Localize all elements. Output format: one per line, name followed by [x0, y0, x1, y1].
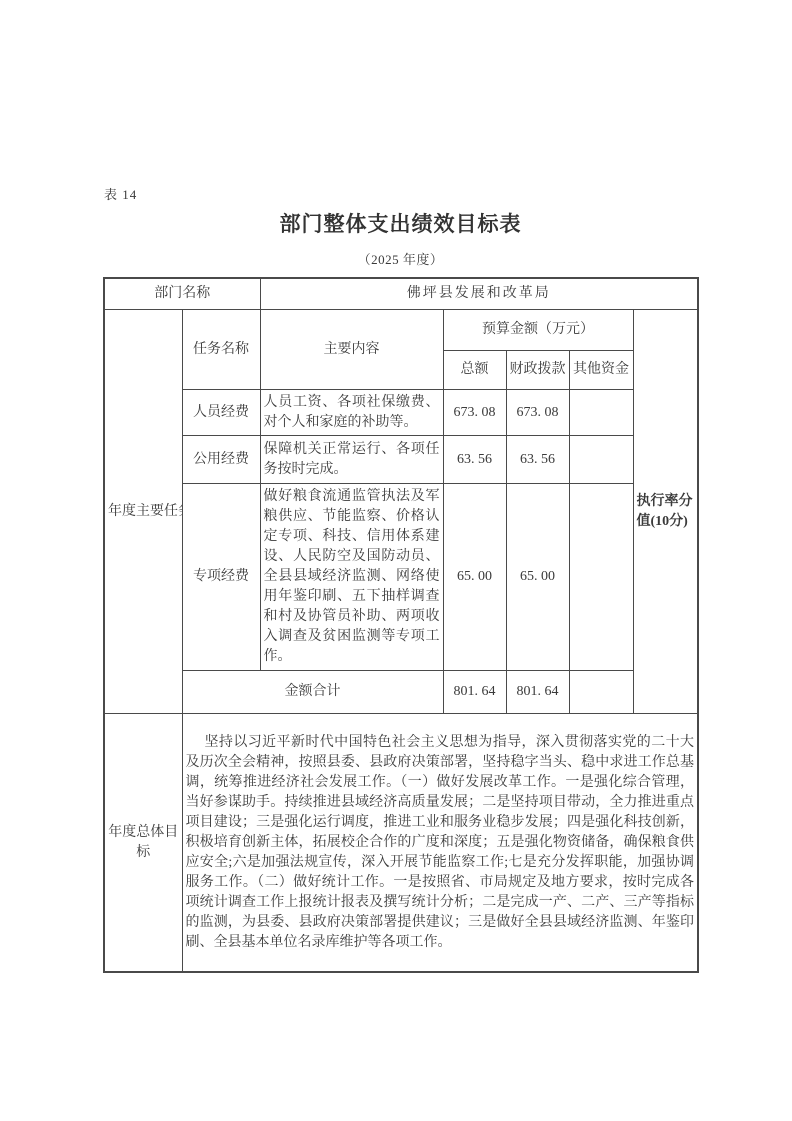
fiscal-allocation-cell: 63. 56	[506, 436, 569, 484]
sum-other-cell	[569, 671, 633, 714]
fiscal-allocation-header: 财政拨款	[506, 351, 569, 390]
main-content-cell: 保障机关正常运行、各项任务按时完成。	[260, 436, 443, 484]
page-subtitle: （2025 年度）	[104, 249, 697, 268]
annual-main-tasks-label: 年度主要任务	[104, 310, 182, 714]
dept-name-row: 部门名称 佛坪县发展和改革局	[104, 278, 698, 310]
task-name-cell: 人员经费	[182, 390, 260, 436]
main-content-header: 主要内容	[260, 310, 443, 390]
annual-goal-row: 年度总体目标 坚持以习近平新时代中国特色社会主义思想为指导，深入贯彻落实党的二十…	[104, 714, 698, 973]
total-amount-cell: 673. 08	[443, 390, 506, 436]
table-row-special-expense: 专项经费 做好粮食流通监管执法及军粮供应、节能监察、价格认定专项、科技、信用体系…	[104, 484, 698, 671]
annual-overall-goal-label: 年度总体目标	[104, 714, 182, 973]
other-funds-header: 其他资金	[569, 351, 633, 390]
annual-overall-goal-text: 坚持以习近平新时代中国特色社会主义思想为指导，深入贯彻落实党的二十大及历次全会精…	[182, 714, 698, 973]
other-funds-cell	[569, 484, 633, 671]
table-row-personnel-expense: 人员经费 人员工资、各项社保缴费、对个人和家庭的补助等。 673. 08 673…	[104, 390, 698, 436]
document-page: 表 14 部门整体支出绩效目标表 （2025 年度） 部门名称 佛坪县发展和改革…	[0, 0, 792, 1121]
total-amount-cell: 65. 00	[443, 484, 506, 671]
header-row: 年度主要任务 任务名称 主要内容 预算金额（万元） 执行率分值(10分)	[104, 310, 698, 351]
other-funds-cell	[569, 390, 633, 436]
page-title: 部门整体支出绩效目标表	[104, 208, 697, 238]
sum-fiscal-cell: 801. 64	[506, 671, 569, 714]
dept-name-label: 部门名称	[104, 278, 260, 310]
table-row-public-expense: 公用经费 保障机关正常运行、各项任务按时完成。 63. 56 63. 56	[104, 436, 698, 484]
budget-amount-header: 预算金额（万元）	[443, 310, 633, 351]
table-number-label: 表 14	[104, 184, 137, 203]
task-name-header: 任务名称	[182, 310, 260, 390]
total-amount-header: 总额	[443, 351, 506, 390]
table-row-sum: 金额合计 801. 64 801. 64	[104, 671, 698, 714]
task-name-cell: 专项经费	[182, 484, 260, 671]
main-content-cell: 人员工资、各项社保缴费、对个人和家庭的补助等。	[260, 390, 443, 436]
main-content-cell: 做好粮食流通监管执法及军粮供应、节能监察、价格认定专项、科技、信用体系建设、人民…	[260, 484, 443, 671]
sum-total-cell: 801. 64	[443, 671, 506, 714]
performance-target-table: 部门名称 佛坪县发展和改革局 年度主要任务 任务名称 主要内容 预算金额（万元）…	[103, 277, 699, 973]
other-funds-cell	[569, 436, 633, 484]
dept-name-value: 佛坪县发展和改革局	[260, 278, 698, 310]
total-amount-cell: 63. 56	[443, 436, 506, 484]
fiscal-allocation-cell: 673. 08	[506, 390, 569, 436]
sum-label: 金额合计	[182, 671, 443, 714]
task-name-cell: 公用经费	[182, 436, 260, 484]
fiscal-allocation-cell: 65. 00	[506, 484, 569, 671]
execution-rate-score-label: 执行率分值(10分)	[633, 310, 698, 714]
